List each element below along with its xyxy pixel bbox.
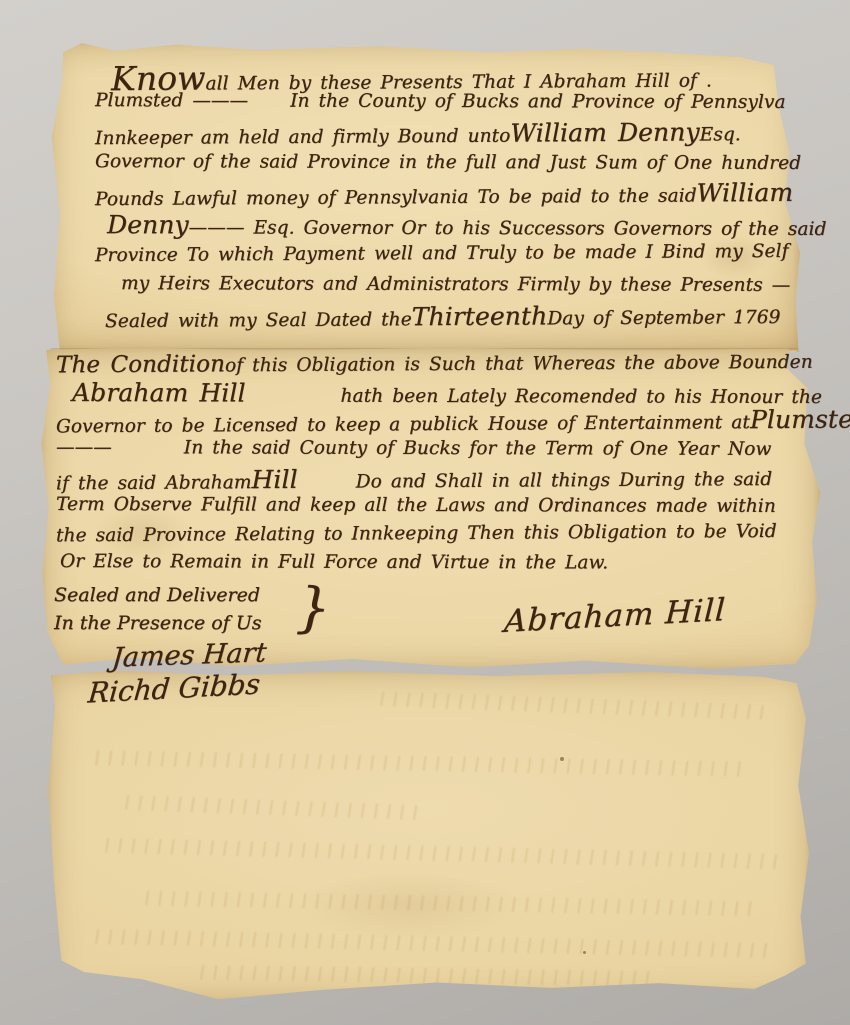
- line-text: In the County of Bucks and Province of P…: [290, 92, 786, 112]
- line-text-emphasis: The Condition: [56, 353, 225, 377]
- condition-clause: The Condition of this Obligation is Such…: [56, 352, 826, 580]
- handwritten-line: Know all Men by these Presents That I Ab…: [111, 58, 795, 93]
- line-text-emphasis: Thirteenth: [412, 303, 548, 329]
- line-text: of this Obligation is Such that Whereas …: [225, 354, 813, 376]
- handwritten-line: if the said Abraham HillDo and Shall in …: [56, 464, 826, 497]
- signature-abraham-hill: Abraham Hill: [503, 592, 727, 640]
- handwritten-line: Or Else to Remain in Full Force and Virt…: [60, 550, 826, 581]
- line-text: Governor of the said Province in the ful…: [95, 153, 801, 173]
- handwritten-line: Governor to be Licensed to keep a public…: [56, 407, 826, 440]
- bond-clause: Know all Men by these Presents That I Ab…: [95, 60, 795, 335]
- line-text: In the said County of Bucks for the Term…: [184, 439, 772, 459]
- attestation-line: In the Presence of Us: [54, 612, 261, 640]
- handwritten-line: Pounds Lawful money of Pennsylvania To b…: [95, 180, 795, 215]
- line-text-emphasis: Hill: [251, 467, 297, 492]
- line-text: Esq.: [700, 126, 741, 145]
- handwritten-line: Term Observe Fulfill and keep all the La…: [56, 493, 826, 524]
- handwritten-line: Denny ——— Esq. Governor Or to his Succes…: [107, 212, 795, 244]
- line-text: if the said Abraham: [56, 474, 252, 494]
- document-photograph: Know all Men by these Presents That I Ab…: [0, 0, 850, 1025]
- line-text: Or Else to Remain in Full Force and Virt…: [60, 552, 608, 572]
- line-text: hath been Lately Recomended to his Honou…: [341, 387, 822, 407]
- line-text-emphasis: Abraham Hill: [72, 380, 246, 405]
- line-text: Governor to be Licensed to keep a public…: [56, 414, 750, 437]
- handwritten-line: the said Province Relating to Innkeeping…: [56, 521, 826, 554]
- handwritten-line: Governor of the said Province in the ful…: [95, 151, 795, 183]
- handwritten-line: Innkeeper am held and firmly Bound unto …: [95, 119, 795, 154]
- attestation-line: Sealed and Delivered: [54, 584, 261, 612]
- line-text: Day of September 1769: [547, 309, 780, 329]
- line-text: Sealed with my Seal Dated the: [105, 311, 412, 331]
- line-text: Do and Shall in all things During the sa…: [356, 471, 773, 492]
- line-text: ———: [56, 438, 112, 457]
- line-text-emphasis: William: [697, 180, 794, 206]
- handwritten-line: Abraham Hillhath been Lately Recomended …: [72, 380, 826, 410]
- line-text: the said Province Relating to Innkeeping…: [56, 523, 777, 546]
- handwritten-line: Sealed with my Seal Dated the Thirteenth…: [105, 302, 795, 337]
- line-text: Term Observe Fulfill and keep all the La…: [56, 495, 776, 515]
- line-text: Innkeeper am held and firmly Bound unto: [95, 128, 510, 149]
- attestation-brace: }: [295, 575, 332, 639]
- line-text: my Heirs Executors and Administrators Fi…: [121, 275, 790, 295]
- line-text-emphasis: William Denny: [510, 119, 699, 145]
- line-text-emphasis: Plumsted: [750, 406, 850, 432]
- line-text: ——— Esq. Governor Or to his Successors G…: [189, 219, 827, 239]
- witness-signature: Richd Gibbs: [87, 667, 262, 709]
- attestation-block: Sealed and Delivered In the Presence of …: [54, 584, 261, 640]
- line-text: Pounds Lawful money of Pennsylvania To b…: [95, 187, 697, 209]
- handwritten-line: my Heirs Executors and Administrators Fi…: [121, 273, 795, 305]
- handwritten-line: Province To which Payment well and Truly…: [95, 241, 795, 276]
- line-text: Province To which Payment well and Truly…: [95, 243, 789, 266]
- line-text-emphasis: Denny: [107, 212, 189, 237]
- handwriting-layer: Know all Men by these Presents That I Ab…: [0, 0, 850, 1025]
- handwritten-line: ———In the said County of Bucks for the T…: [56, 436, 826, 467]
- line-text: Plumsted ———: [95, 92, 248, 111]
